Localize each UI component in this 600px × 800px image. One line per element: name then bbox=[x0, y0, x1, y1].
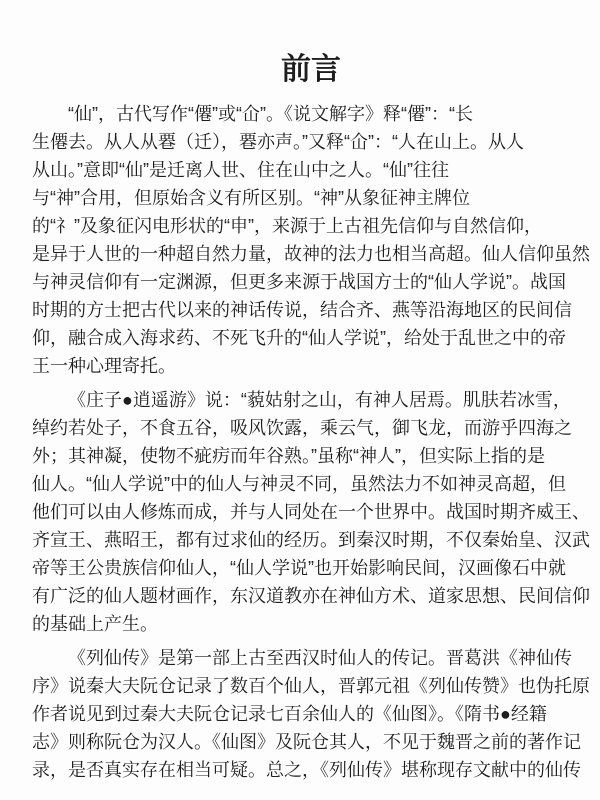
paragraph-2: 《庄子●逍遥游》说：“藐姑射之山，有神人居焉。肌肤若冰雪， 绰约若处子，不食五谷… bbox=[32, 386, 590, 638]
page-title: 前言 bbox=[32, 52, 590, 88]
document-page: 前言 “仙”，古代写作“僊”或“仚”。《说文解字》释“僊”：“长 生僊去。从人从… bbox=[0, 0, 600, 800]
paragraph-1: “仙”，古代写作“僊”或“仚”。《说文解字》释“僊”：“长 生僊去。从人从䙴（迁… bbox=[32, 100, 590, 380]
paragraph-3: 《列仙传》是第一部上古至西汉时仙人的传记。晋葛洪《神仙传 序》说秦大夫阮仓记录了… bbox=[32, 644, 590, 784]
